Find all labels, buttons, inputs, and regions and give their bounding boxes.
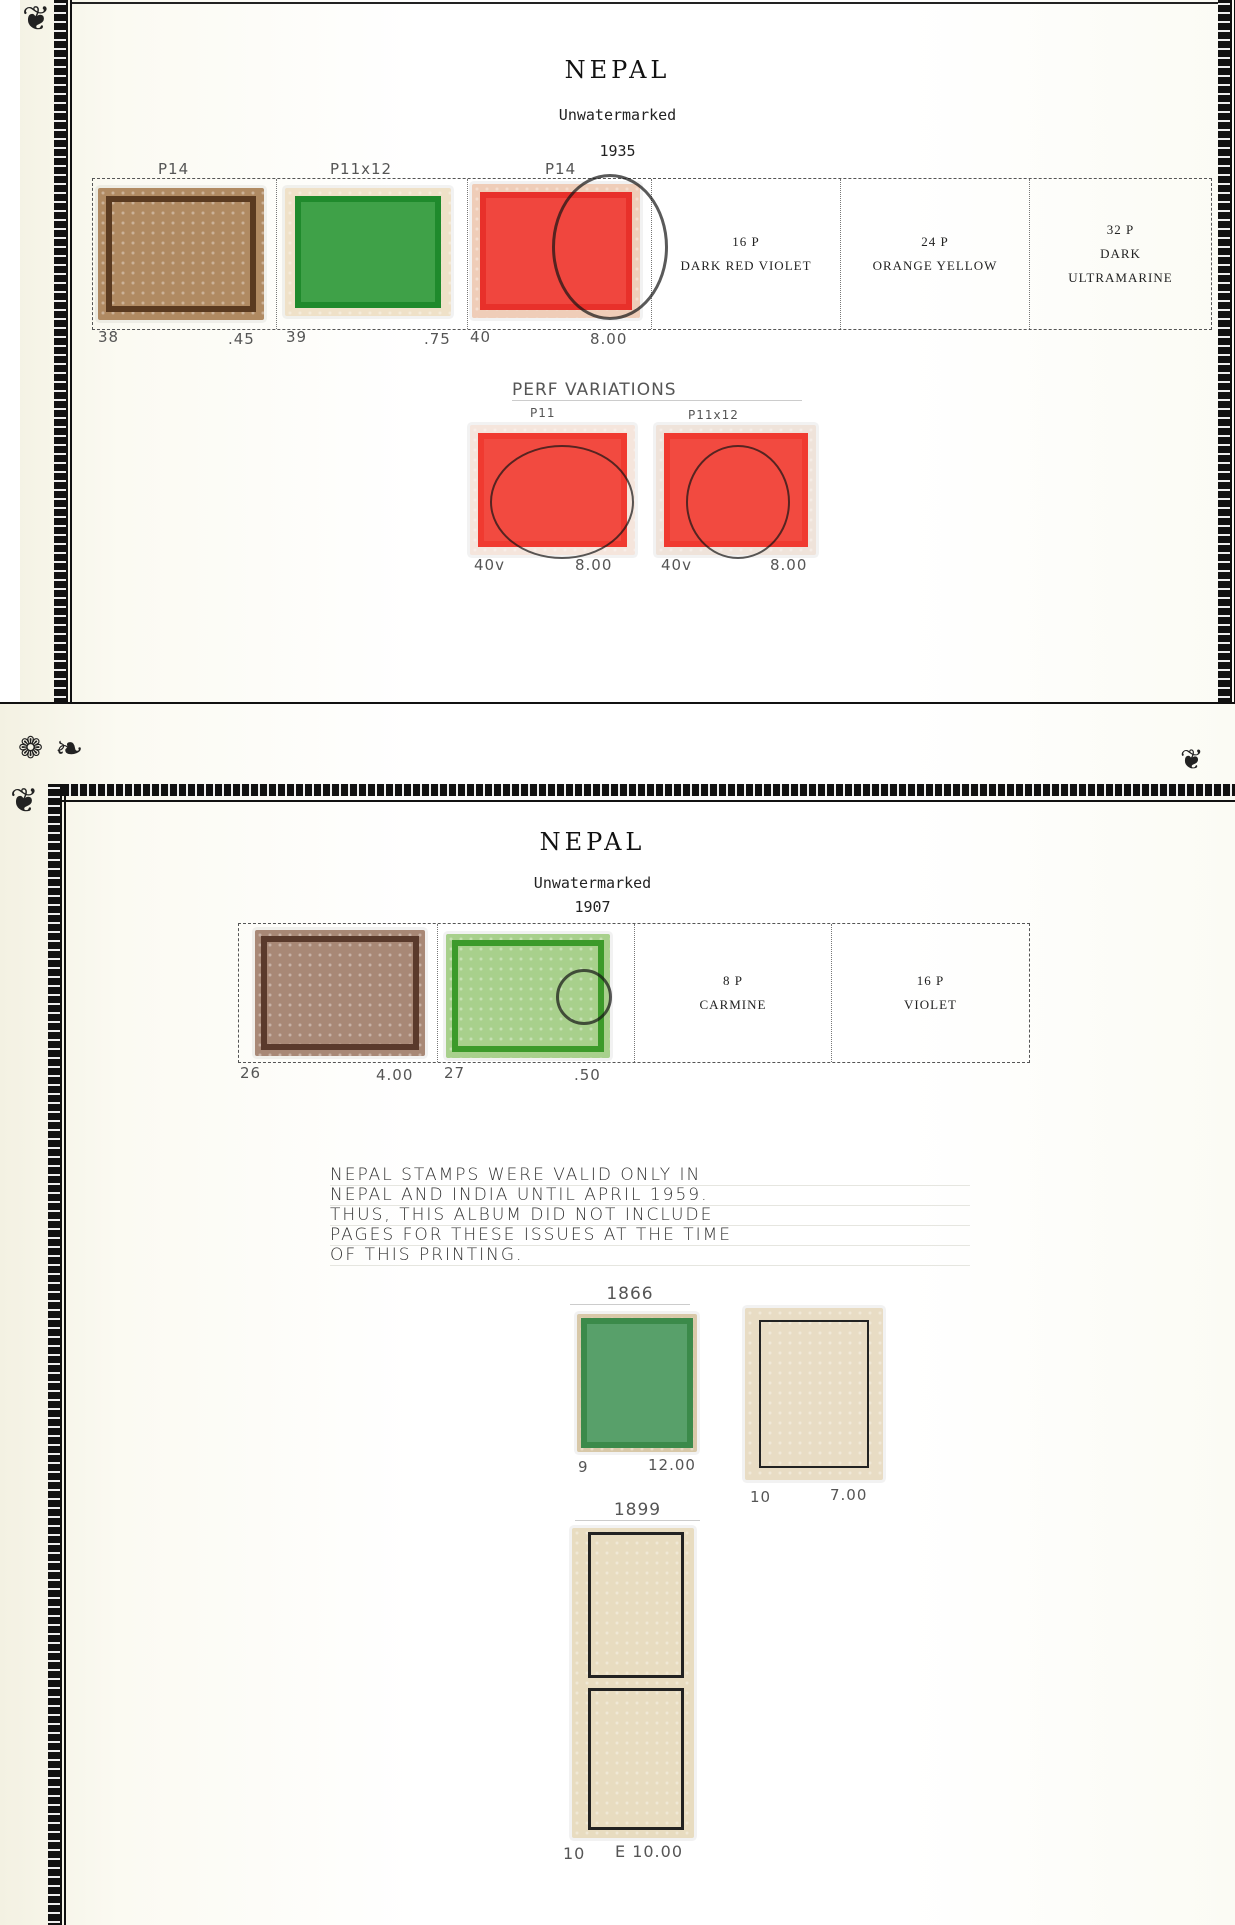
note-line: Nepal and India until April 1959. [330,1186,970,1206]
stamp-9-green[interactable] [577,1314,697,1452]
issue-year-1866: 1866 [570,1284,690,1305]
empty-space-32p[interactable]: 32 P DARK ULTRAMARINE [1030,179,1211,329]
note-line: Thus, this album did not include [330,1206,970,1226]
denomination: 16 P [917,969,944,993]
catalog-number: 9 [578,1458,589,1476]
catalog-number: 26 [240,1064,261,1082]
top-rule [72,2,1218,4]
top-wavy-border [48,784,1235,796]
rosette-icon: ❁ [18,734,43,764]
catalog-number: 40v [474,556,505,574]
color-name: DARK [1100,242,1141,266]
page-title: NEPAL [0,56,1235,84]
catalog-number: 40v [661,556,692,574]
color-name: ORANGE YELLOW [873,254,998,278]
stamp-10-black[interactable] [745,1308,883,1480]
perf-label: P11 [530,406,556,420]
corner-ornament-icon: ❦ [22,2,51,36]
denomination: 16 P [732,230,759,254]
corner-ornament-icon: ❦ [10,784,39,818]
denomination: 8 P [723,969,743,993]
corner-ornament-icon: ❧ [55,732,84,766]
catalog-value: E 10.00 [615,1842,683,1861]
empty-space-8p[interactable]: 8 P CARMINE [635,924,832,1062]
empty-space-16p[interactable]: 16 P DARK RED VIOLET [652,179,841,329]
page-title: NEPAL [0,828,1210,856]
perf-variations-heading: Perf Variations [512,380,802,401]
issue-year: 1935 [0,142,1235,160]
empty-space-24p[interactable]: 24 P ORANGE YELLOW [841,179,1030,329]
denomination: 24 P [921,230,948,254]
stamp-27-green[interactable] [446,934,610,1058]
denomination: 32 P [1107,218,1134,242]
catalog-value: .75 [424,330,451,348]
issue-year: 1907 [0,898,1210,916]
color-name: DARK RED VIOLET [680,254,811,278]
catalog-number: 40 [470,328,491,346]
note-line: pages for these issues at the time [330,1226,970,1246]
issue-year-1899: 1899 [575,1500,700,1521]
note-line: Nepal stamps were valid only in [330,1166,970,1186]
stamp-40v-p11[interactable] [470,425,635,555]
catalog-value: 12.00 [648,1456,696,1474]
note-line: of this printing. [330,1246,970,1266]
color-name: CARMINE [700,993,767,1017]
catalog-number: 10 [750,1488,771,1506]
stamp-40v-p11x12[interactable] [656,425,816,555]
album-page-1935: ❦ NEPAL Unwatermarked 1935 P14 P11x12 P1… [0,0,1235,703]
color-name: VIOLET [904,993,957,1017]
handwritten-note: Nepal stamps were valid only in Nepal an… [330,1166,970,1266]
corner-ornament-icon: ❦ [1180,746,1203,774]
color-name: ULTRAMARINE [1068,266,1172,290]
catalog-number: 39 [286,328,307,346]
catalog-number: 38 [98,328,119,346]
catalog-value: 8.00 [770,556,807,574]
album-page-1907: ❁ ❧ ❦ ❦ NEPAL Unwatermarked 1907 8 P CAR… [0,704,1235,1925]
stamp-10-pair[interactable] [572,1528,694,1838]
catalog-number: 27 [444,1064,465,1082]
catalog-value: 4.00 [376,1066,413,1084]
left-wavy-border [48,784,62,1925]
stamp-26-brown[interactable] [255,930,425,1056]
catalog-number: 10 [563,1844,585,1863]
catalog-value: 8.00 [590,330,627,348]
perf-label: P11x12 [330,160,392,178]
stamp-39-green[interactable] [285,188,451,316]
perf-label: P14 [545,160,576,178]
perf-label: P11x12 [688,408,739,422]
empty-space-16p[interactable]: 16 P VIOLET [832,924,1029,1062]
catalog-value: .45 [228,330,255,348]
watermark-label: Unwatermarked [0,874,1210,892]
catalog-value: .50 [574,1066,601,1084]
watermark-label: Unwatermarked [0,106,1235,124]
stamp-40-red[interactable] [472,184,640,318]
perf-label: P14 [158,160,189,178]
catalog-value: 7.00 [830,1486,867,1504]
stamp-38-brown[interactable] [98,188,264,320]
catalog-value: 8.00 [575,556,612,574]
